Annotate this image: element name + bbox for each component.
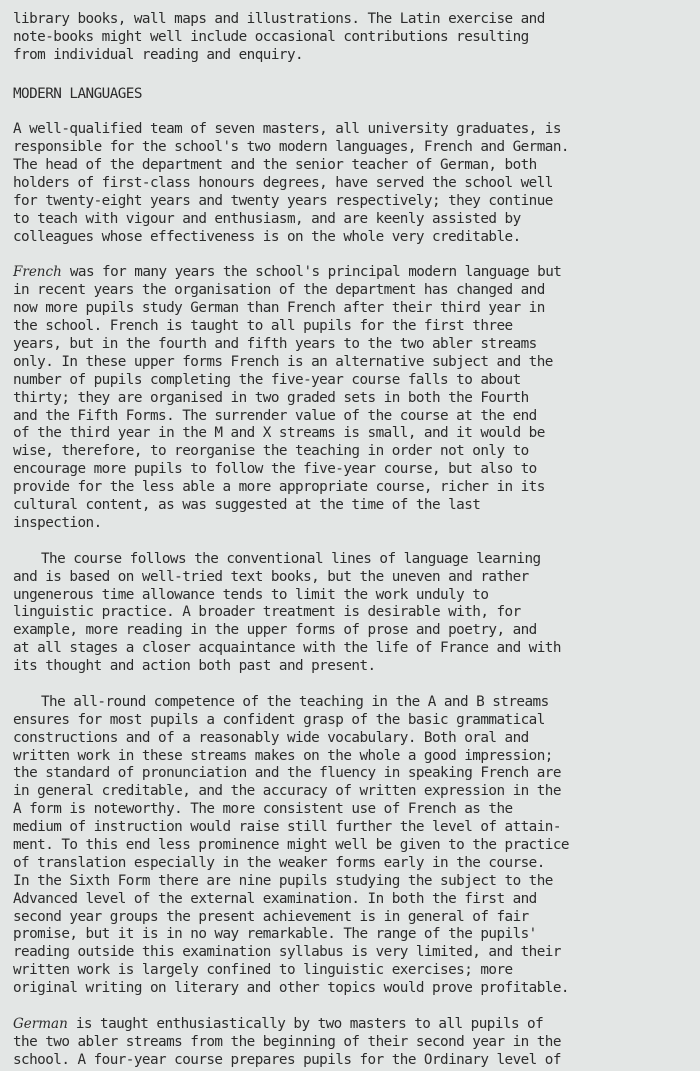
intro-paragraph: library books, wall maps and illustratio… xyxy=(13,11,700,65)
text-line: ment. To this end less prominence might … xyxy=(13,837,700,855)
text-line: provide for the less able a more appropr… xyxy=(13,479,700,497)
document-page: library books, wall maps and illustratio… xyxy=(0,0,700,1070)
text-line: to teach with vigour and enthusiasm, and… xyxy=(13,211,700,229)
paragraph-competence: The all-round competence of the teaching… xyxy=(13,694,700,998)
text-line: The course follows the conventional line… xyxy=(13,551,700,569)
text-line: wise, therefore, to reorganise the teach… xyxy=(13,443,700,461)
text-line: ungenerous time allowance tends to limit… xyxy=(13,587,700,605)
text-line: German is taught enthusiastically by two… xyxy=(13,1016,700,1034)
text-line: at all stages a closer acquaintance with… xyxy=(13,640,700,658)
run-in-heading-german: German xyxy=(13,1016,68,1032)
text-line: note-books might well include occasional… xyxy=(13,29,700,47)
text-line: for twenty-eight years and twenty years … xyxy=(13,193,700,211)
text-line: years, but in the fourth and fifth years… xyxy=(13,336,700,354)
text-line: only. In these upper forms French is an … xyxy=(13,354,700,372)
text-line: The head of the department and the senio… xyxy=(13,157,700,175)
text-line: cultural content, as was suggested at th… xyxy=(13,497,700,515)
text-line: The all-round competence of the teaching… xyxy=(13,694,700,712)
text-line: promise, but it is in no way remarkable.… xyxy=(13,926,700,944)
text-line: now more pupils study German than French… xyxy=(13,300,700,318)
text-line: the two abler streams from the beginning… xyxy=(13,1034,700,1052)
text-line: thirty; they are organised in two graded… xyxy=(13,390,700,408)
text-line: French was for many years the school's p… xyxy=(13,264,700,282)
text-line: example, more reading in the upper forms… xyxy=(13,622,700,640)
text-line: school. A four-year course prepares pupi… xyxy=(13,1052,700,1070)
text-line: the standard of pronunciation and the fl… xyxy=(13,765,700,783)
text-line: Advanced level of the external examinati… xyxy=(13,891,700,909)
text-line: and is based on well-tried text books, b… xyxy=(13,569,700,587)
paragraph-staff: A well-qualified team of seven masters, … xyxy=(13,121,700,246)
text-line: and the Fifth Forms. The surrender value… xyxy=(13,408,700,426)
section-heading: MODERN LANGUAGES xyxy=(13,86,700,104)
paragraph-german: German is taught enthusiastically by two… xyxy=(13,1016,700,1070)
text-line: responsible for the school's two modern … xyxy=(13,139,700,157)
text-line: A well-qualified team of seven masters, … xyxy=(13,121,700,139)
text-line: of translation especially in the weaker … xyxy=(13,855,700,873)
text-line: holders of first-class honours degrees, … xyxy=(13,175,700,193)
paragraph-course: The course follows the conventional line… xyxy=(13,551,700,676)
text-line: A form is noteworthy. The more consisten… xyxy=(13,801,700,819)
text-line: reading outside this examination syllabu… xyxy=(13,944,700,962)
run-in-heading-french: French xyxy=(13,264,62,280)
text-span: was for many years the school's principa… xyxy=(62,264,562,280)
text-span: is taught enthusiastically by two master… xyxy=(68,1016,543,1032)
text-line: number of pupils completing the five-yea… xyxy=(13,372,700,390)
text-line: written work in these streams makes on t… xyxy=(13,748,700,766)
text-line: inspection. xyxy=(13,515,700,533)
text-line: In the Sixth Form there are nine pupils … xyxy=(13,873,700,891)
text-line: from individual reading and enquiry. xyxy=(13,47,700,65)
text-line: second year groups the present achieveme… xyxy=(13,909,700,927)
text-line: constructions and of a reasonably wide v… xyxy=(13,730,700,748)
text-line: encourage more pupils to follow the five… xyxy=(13,461,700,479)
text-line: in general creditable, and the accuracy … xyxy=(13,783,700,801)
text-line: colleagues whose effectiveness is on the… xyxy=(13,229,700,247)
text-line: written work is largely confined to ling… xyxy=(13,962,700,980)
text-line: library books, wall maps and illustratio… xyxy=(13,11,700,29)
text-line: linguistic practice. A broader treatment… xyxy=(13,604,700,622)
text-line: in recent years the organisation of the … xyxy=(13,282,700,300)
text-line: of the third year in the M and X streams… xyxy=(13,425,700,443)
text-line: its thought and action both past and pre… xyxy=(13,658,700,676)
text-line: medium of instruction would raise still … xyxy=(13,819,700,837)
text-line: the school. French is taught to all pupi… xyxy=(13,318,700,336)
text-line: ensures for most pupils a confident gras… xyxy=(13,712,700,730)
paragraph-french: French was for many years the school's p… xyxy=(13,264,700,532)
text-line: original writing on literary and other t… xyxy=(13,980,700,998)
